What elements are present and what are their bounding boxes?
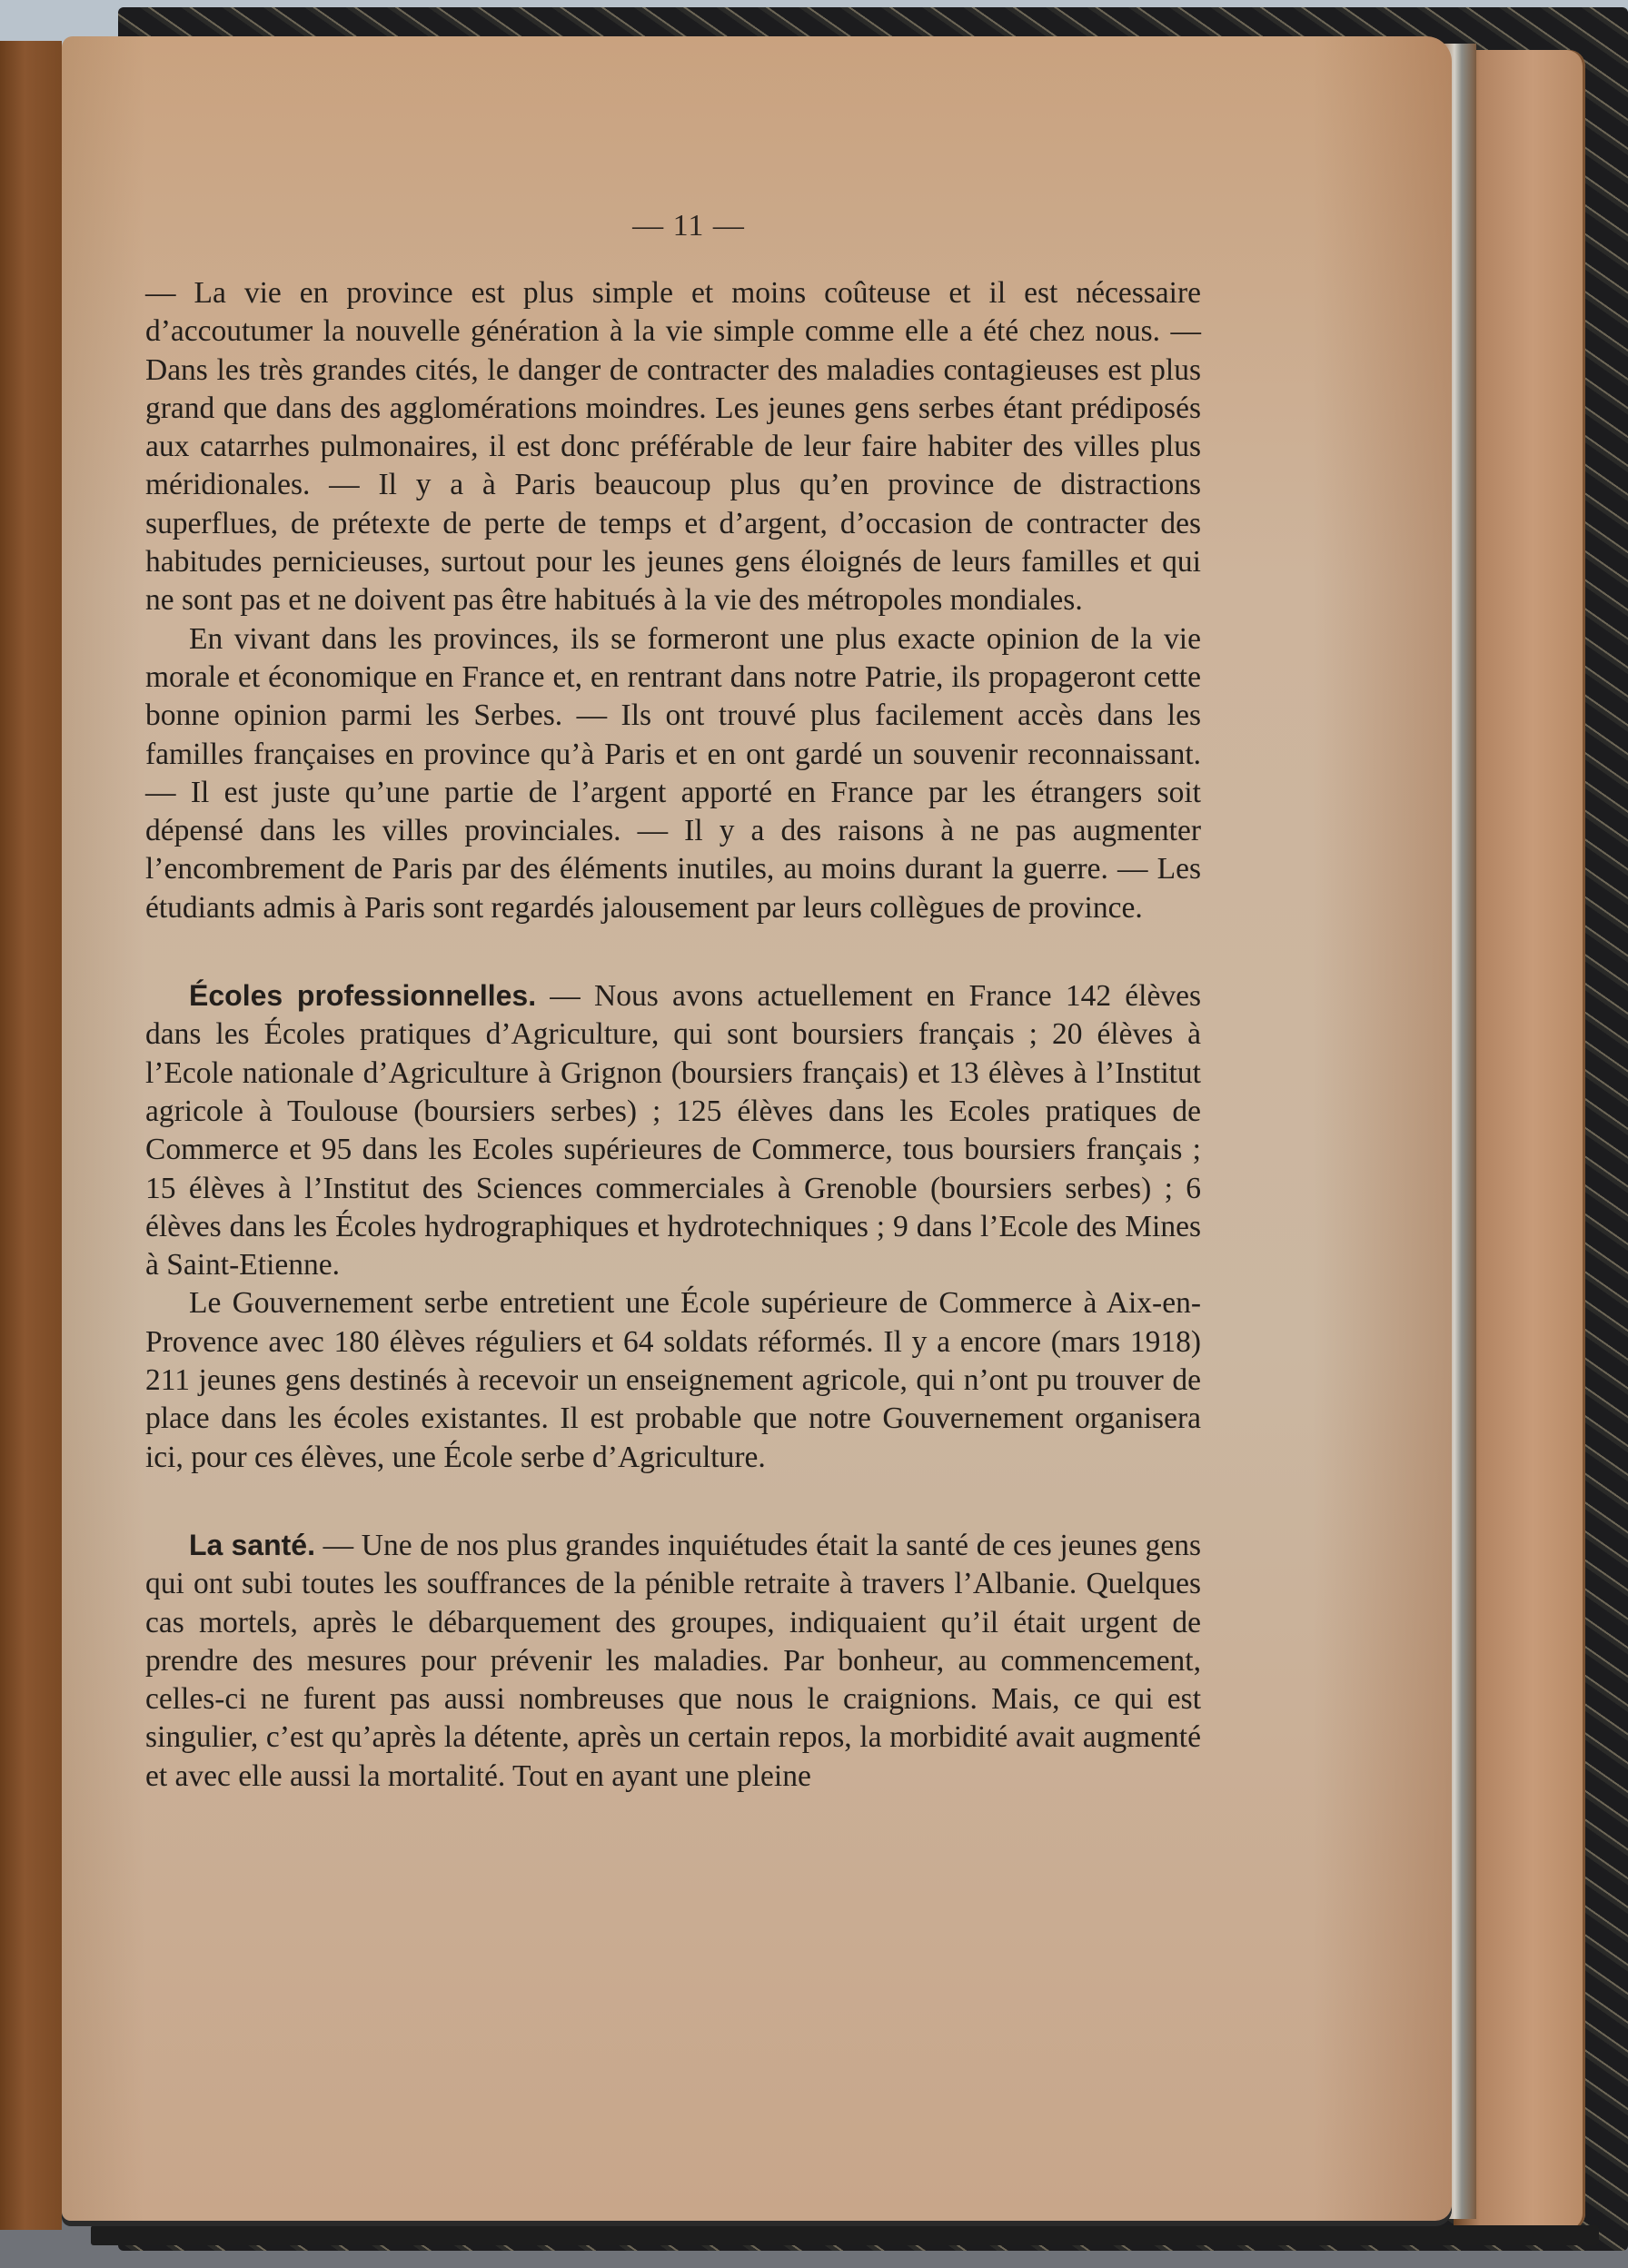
paragraph-province-life: — La vie en province est plus simple et … bbox=[145, 274, 1201, 620]
book-page: — 11 — — La vie en province est plus sim… bbox=[62, 36, 1452, 2221]
section-heading-sante: La santé. bbox=[189, 1529, 315, 1561]
section-heading-ecoles: Écoles professionnelles. bbox=[189, 979, 536, 1012]
section-ecoles-text: — Nous avons actuellement en France 142 … bbox=[145, 979, 1201, 1282]
section-sante-text: — Une de nos plus grandes inquiétudes ét… bbox=[145, 1529, 1201, 1793]
section-ecoles-follow: Le Gouvernement serbe entretient une Éco… bbox=[145, 1284, 1201, 1476]
section-spacer bbox=[145, 927, 1201, 976]
section-spacer bbox=[145, 1477, 1201, 1526]
section-sante-lead: La santé. — Une de nos plus grandes inqu… bbox=[145, 1526, 1201, 1796]
book-bottom-shadow bbox=[91, 2225, 1599, 2245]
page-text-block: — La vie en province est plus simple et … bbox=[145, 274, 1201, 1796]
page-number: — 11 — bbox=[62, 209, 1452, 243]
section-ecoles-lead: Écoles professionnelles. — Nous avons ac… bbox=[145, 976, 1201, 1284]
left-page-edge bbox=[0, 41, 62, 2230]
paragraph-living-provinces: En vivant dans les provinces, ils se for… bbox=[145, 620, 1201, 927]
